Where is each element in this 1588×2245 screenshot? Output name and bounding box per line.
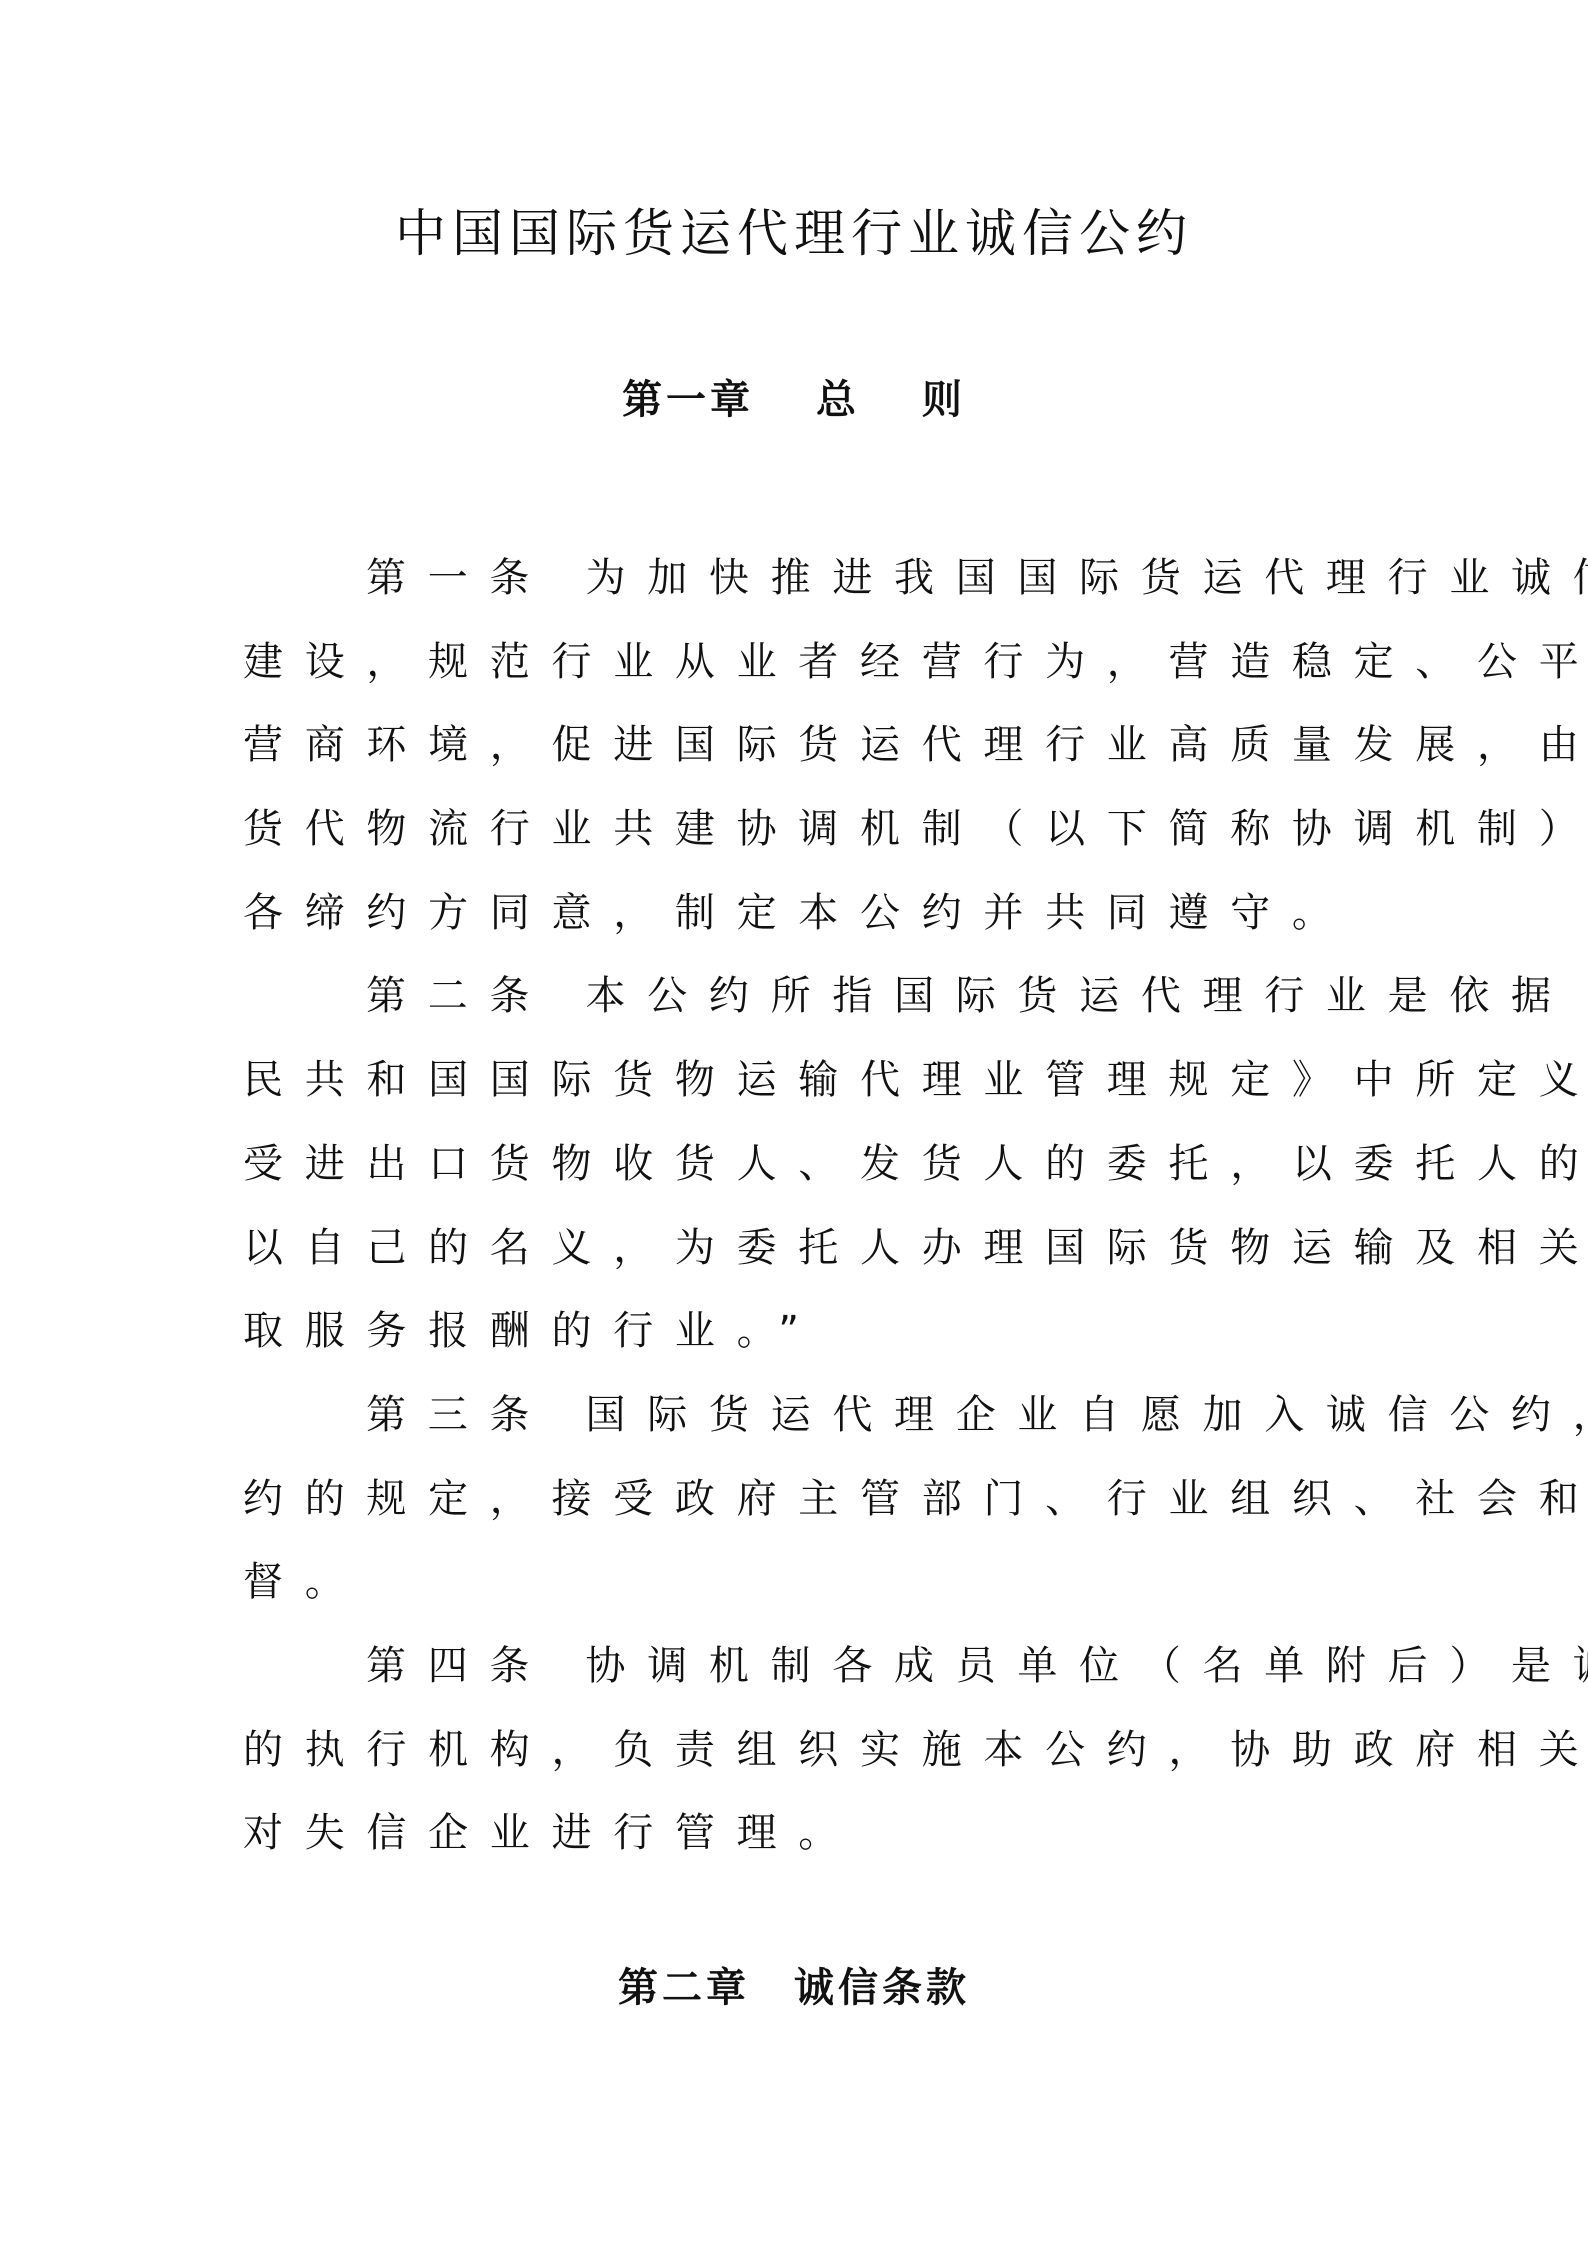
article-line: 受进出口货物收货人、发货人的委托，以委托人的名义或者 xyxy=(243,1123,1358,1207)
article-line: 第三条 国际货运代理企业自愿加入诚信公约，遵守公 xyxy=(243,1374,1358,1458)
article-3: 第三条 国际货运代理企业自愿加入诚信公约，遵守公 约的规定，接受政府主管部门、行… xyxy=(243,1374,1358,1625)
article-line: 建设，规范行业从业者经营行为，营造稳定、公平、透明的 xyxy=(243,621,1358,705)
article-line: 对失信企业进行管理。 xyxy=(243,1792,1358,1876)
article-line: 以自己的名义，为委托人办理国际货物运输及相关业务并收 xyxy=(243,1207,1358,1291)
article-line: 第二条 本公约所指国际货运代理行业是依据《中华人 xyxy=(243,955,1358,1039)
document-page: 中国国际货运代理行业诚信公约 第一章 总 则 第一条 为加快推进我国国际货运代理… xyxy=(0,0,1588,2245)
article-line: 第一条 为加快推进我国国际货运代理行业诚信体系 xyxy=(243,537,1358,621)
article-line: 督。 xyxy=(243,1541,1358,1625)
chapter-1-body: 第一条 为加快推进我国国际货运代理行业诚信体系 建设，规范行业从业者经营行为，营… xyxy=(243,537,1358,1876)
chapter-heading-integrity-clauses: 第二章 诚信条款 xyxy=(0,1958,1588,2018)
article-line: 营商环境，促进国际货运代理行业高质量发展，由中国国际 xyxy=(243,704,1358,788)
article-line: 取服务报酬的行业。” xyxy=(243,1290,1358,1374)
article-2: 第二条 本公约所指国际货运代理行业是依据《中华人 民共和国国际货物运输代理业管理… xyxy=(243,955,1358,1373)
document-title: 中国国际货运代理行业诚信公约 xyxy=(0,200,1588,270)
article-line: 约的规定，接受政府主管部门、行业组织、社会和公众的监 xyxy=(243,1458,1358,1542)
article-1: 第一条 为加快推进我国国际货运代理行业诚信体系 建设，规范行业从业者经营行为，营… xyxy=(243,537,1358,955)
article-line: 货代物流行业共建协调机制（以下简称协调机制）发起，经 xyxy=(243,788,1358,872)
article-line: 的执行机构，负责组织实施本公约，协助政府相关管理部门 xyxy=(243,1709,1358,1793)
article-4: 第四条 协调机制各成员单位（名单附后）是诚信公约 的执行机构，负责组织实施本公约… xyxy=(243,1625,1358,1876)
chapter-heading-general-provisions: 第一章 总 则 xyxy=(0,370,1588,430)
article-line: 各缔约方同意，制定本公约并共同遵守。 xyxy=(243,872,1358,956)
article-line: 民共和国国际货物运输代理业管理规定》中所定义的：“接 xyxy=(243,1039,1358,1123)
article-line: 第四条 协调机制各成员单位（名单附后）是诚信公约 xyxy=(243,1625,1358,1709)
